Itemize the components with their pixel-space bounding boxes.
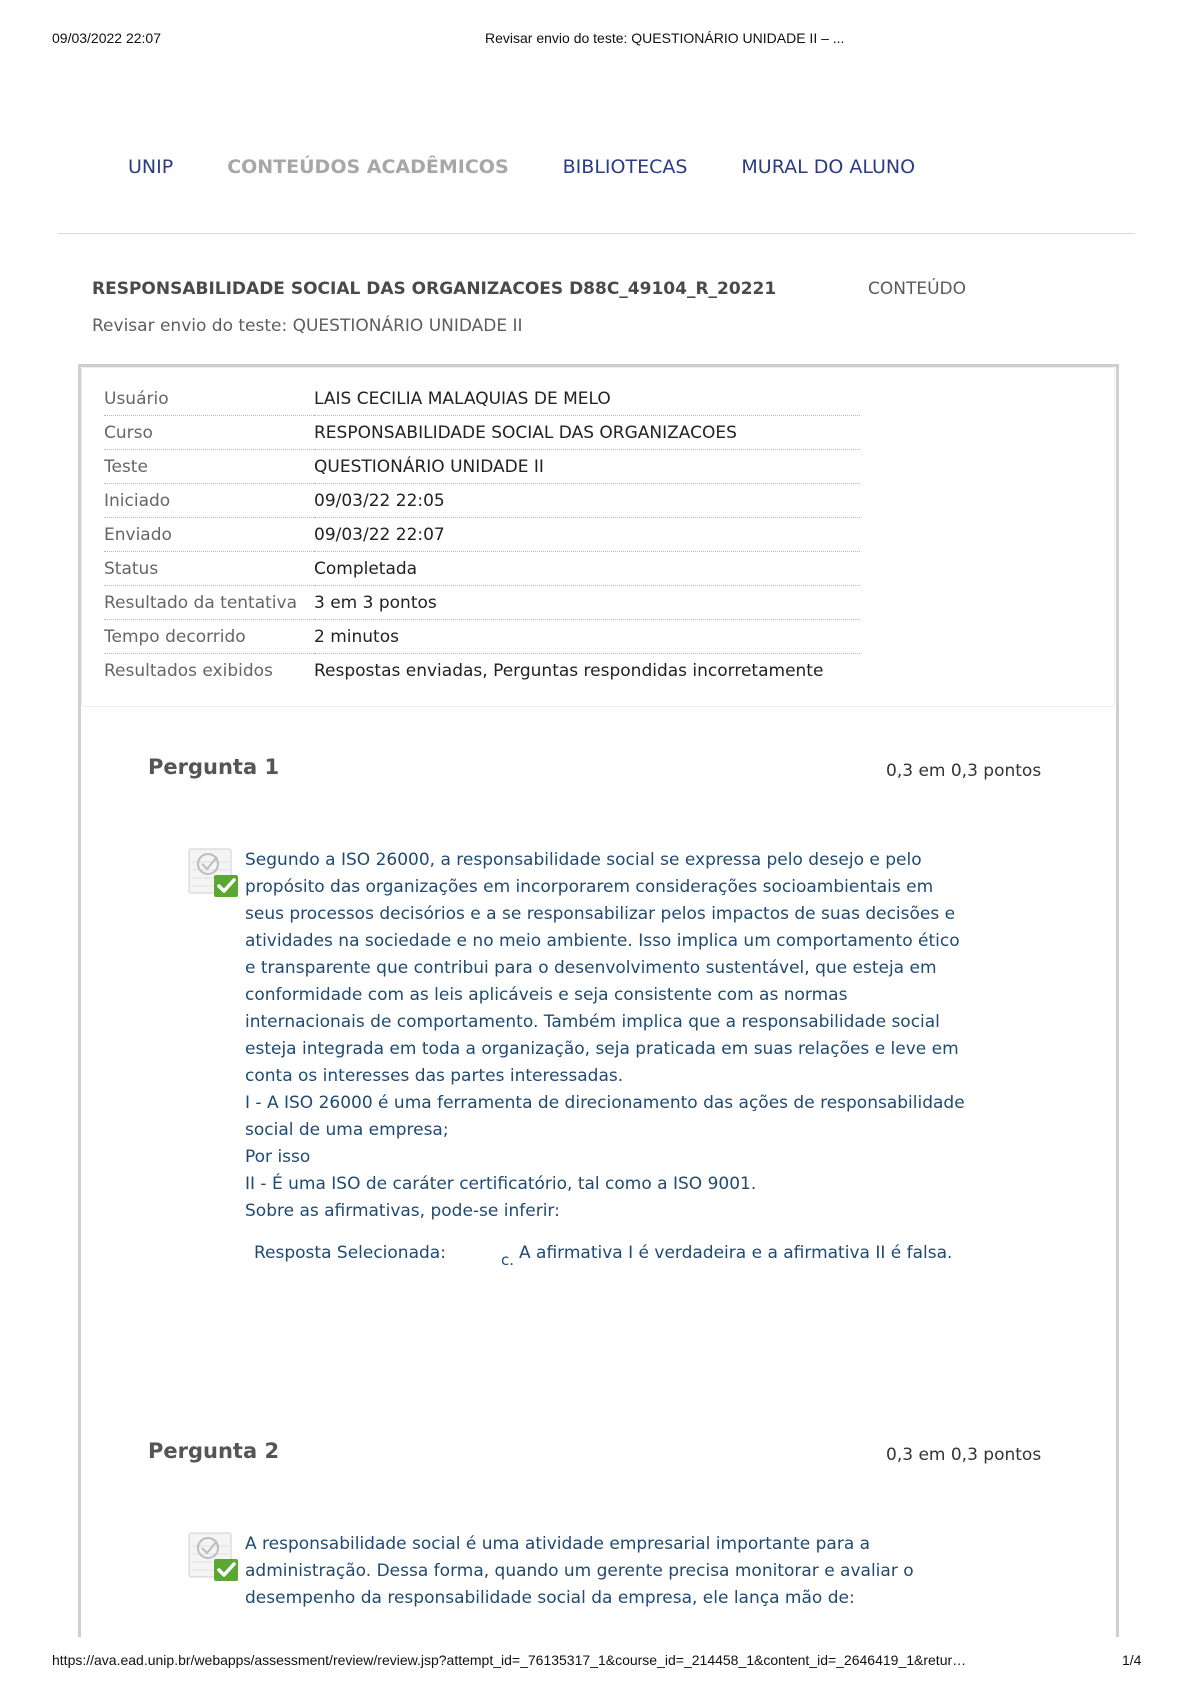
print-datetime: 09/03/2022 22:07 — [52, 30, 161, 46]
nav-mural-do-aluno[interactable]: MURAL DO ALUNO — [741, 156, 915, 178]
details-row: TesteQUESTIONÁRIO UNIDADE II — [104, 450, 860, 484]
question-title: Pergunta 2 — [148, 1439, 279, 1463]
details-value: LAIS CECILIA MALAQUIAS DE MELO — [314, 382, 860, 416]
details-key: Tempo decorrido — [104, 620, 314, 654]
details-row: Enviado09/03/22 22:07 — [104, 518, 860, 552]
question-points: 0,3 em 0,3 pontos — [886, 761, 1041, 781]
details-key: Teste — [104, 450, 314, 484]
details-row: Tempo decorrido2 minutos — [104, 620, 860, 654]
details-value: QUESTIONÁRIO UNIDADE II — [314, 450, 860, 484]
print-url: https://ava.ead.unip.br/webapps/assessme… — [52, 1652, 966, 1668]
course-title: RESPONSABILIDADE SOCIAL DAS ORGANIZACOES… — [92, 279, 776, 299]
details-row: CursoRESPONSABILIDADE SOCIAL DAS ORGANIZ… — [104, 416, 860, 450]
details-value: RESPONSABILIDADE SOCIAL DAS ORGANIZACOES — [314, 416, 860, 450]
details-row: Resultado da tentativa3 em 3 pontos — [104, 586, 860, 620]
question-points: 0,3 em 0,3 pontos — [886, 1445, 1041, 1465]
details-value: 09/03/22 22:07 — [314, 518, 860, 552]
details-value: Completada — [314, 552, 860, 586]
details-value: 09/03/22 22:05 — [314, 484, 860, 518]
details-key: Usuário — [104, 382, 314, 416]
answer-letter: c. — [501, 1251, 514, 1269]
correct-check-icon — [188, 848, 240, 898]
question-title: Pergunta 1 — [148, 755, 279, 779]
attempt-details-table: UsuárioLAIS CECILIA MALAQUIAS DE MELO Cu… — [104, 382, 860, 687]
nav-divider — [58, 233, 1135, 234]
top-navigation: UNIP CONTEÚDOS ACADÊMICOS BIBLIOTECAS MU… — [128, 156, 969, 178]
nav-bibliotecas[interactable]: BIBLIOTECAS — [563, 156, 688, 178]
details-value: 3 em 3 pontos — [314, 586, 860, 620]
content-link[interactable]: CONTEÚDO — [868, 279, 966, 299]
details-row: StatusCompletada — [104, 552, 860, 586]
correct-check-icon — [188, 1532, 240, 1582]
nav-conteudos-academicos[interactable]: CONTEÚDOS ACADÊMICOS — [227, 156, 508, 178]
details-key: Iniciado — [104, 484, 314, 518]
details-key: Enviado — [104, 518, 314, 552]
answer-text: A afirmativa I é verdadeira e a afirmati… — [519, 1243, 952, 1263]
print-page-number: 1/4 — [1122, 1652, 1141, 1668]
question-1: Pergunta 1 0,3 em 0,3 pontos Segundo a I… — [148, 755, 1048, 1275]
details-value: Respostas enviadas, Perguntas respondida… — [314, 654, 860, 688]
details-value: 2 minutos — [314, 620, 860, 654]
details-row: Iniciado09/03/22 22:05 — [104, 484, 860, 518]
details-key: Curso — [104, 416, 314, 450]
answer-label: Resposta Selecionada: — [254, 1243, 446, 1263]
breadcrumb: Revisar envio do teste: QUESTIONÁRIO UNI… — [92, 316, 523, 336]
question-text: Segundo a ISO 26000, a responsabilidade … — [245, 847, 1025, 1225]
details-row: UsuárioLAIS CECILIA MALAQUIAS DE MELO — [104, 382, 860, 416]
nav-unip[interactable]: UNIP — [128, 156, 173, 178]
details-row: Resultados exibidosRespostas enviadas, P… — [104, 654, 860, 688]
print-page-title: Revisar envio do teste: QUESTIONÁRIO UNI… — [485, 30, 844, 46]
question-2: Pergunta 2 0,3 em 0,3 pontos A responsab… — [148, 1439, 1048, 1639]
details-key: Resultados exibidos — [104, 654, 314, 688]
question-text: A responsabilidade social é uma atividad… — [245, 1531, 1025, 1612]
details-key: Status — [104, 552, 314, 586]
details-key: Resultado da tentativa — [104, 586, 314, 620]
